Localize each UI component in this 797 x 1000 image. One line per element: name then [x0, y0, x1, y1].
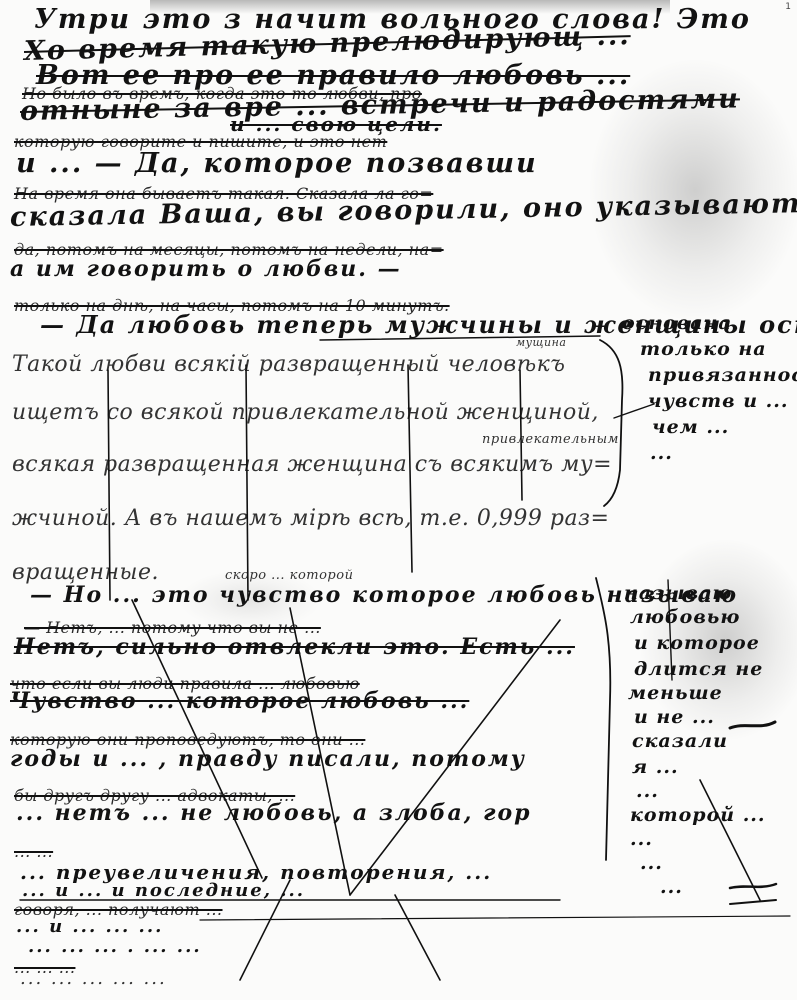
page-number: 1: [785, 2, 791, 12]
manuscript-line: Такой любви всякій развращенный человѣкъ: [12, 352, 565, 377]
margin-note: ...: [640, 852, 663, 874]
margin-note: называю: [624, 582, 732, 604]
interlinear-note: мущина: [516, 336, 566, 349]
margin-note: чувств и ...: [648, 390, 788, 412]
margin-note: ...: [650, 442, 673, 464]
manuscript-line: ... ... ... ... ...: [20, 968, 167, 989]
margin-note: ...: [636, 780, 659, 802]
manuscript-line: жчиной. А въ нашемъ мірѣ всѣ, т.е. 0,999…: [12, 506, 610, 531]
margin-note: основана: [622, 312, 732, 334]
interlinear-note: скоро ... которой: [225, 568, 353, 583]
manuscript-line: ... и ... и последние, ...: [22, 880, 305, 901]
margin-note: ...: [630, 828, 653, 850]
margin-note: которой ...: [630, 804, 766, 826]
margin-note: меньше: [628, 682, 723, 704]
manuscript-page: 1 Утри это з начит вольного слова! Это Х…: [0, 0, 797, 1000]
margin-note: привязанности: [648, 364, 797, 386]
manuscript-line: ищетъ со всякой привлекательной женщиной…: [12, 400, 599, 425]
interlinear-note: привлекательным: [482, 432, 619, 447]
manuscript-line: ... нетъ ... не любовь, а злоба, гор: [16, 800, 532, 826]
manuscript-line-struck: Чувство ... которое любовь ...: [10, 688, 469, 714]
margin-note: любовью: [630, 606, 740, 628]
margin-note: я ...: [632, 756, 679, 778]
manuscript-line: а им говорить о любви. —: [10, 256, 402, 282]
margin-note: и не ...: [634, 706, 715, 728]
margin-note: сказали: [632, 730, 728, 752]
manuscript-line: ... и ... ... ...: [16, 916, 163, 937]
manuscript-line: годы и ... , правду писали, потому: [10, 746, 526, 772]
manuscript-line: всякая развращенная женщина съ всякимъ м…: [12, 452, 612, 477]
manuscript-line: и ... — Да, которое позвавши: [16, 148, 538, 179]
manuscript-line-struck: Нетъ, сильно отвлекли это. Есть ...: [14, 634, 575, 660]
margin-note: чем ...: [652, 416, 729, 438]
margin-note: ...: [660, 876, 683, 898]
margin-note: длится не: [634, 658, 763, 680]
manuscript-line: ... ... ... . ... ...: [28, 936, 202, 957]
manuscript-line-struck: ... ...: [14, 842, 53, 861]
margin-note: только на: [640, 338, 767, 360]
margin-note: и которое: [634, 632, 760, 654]
